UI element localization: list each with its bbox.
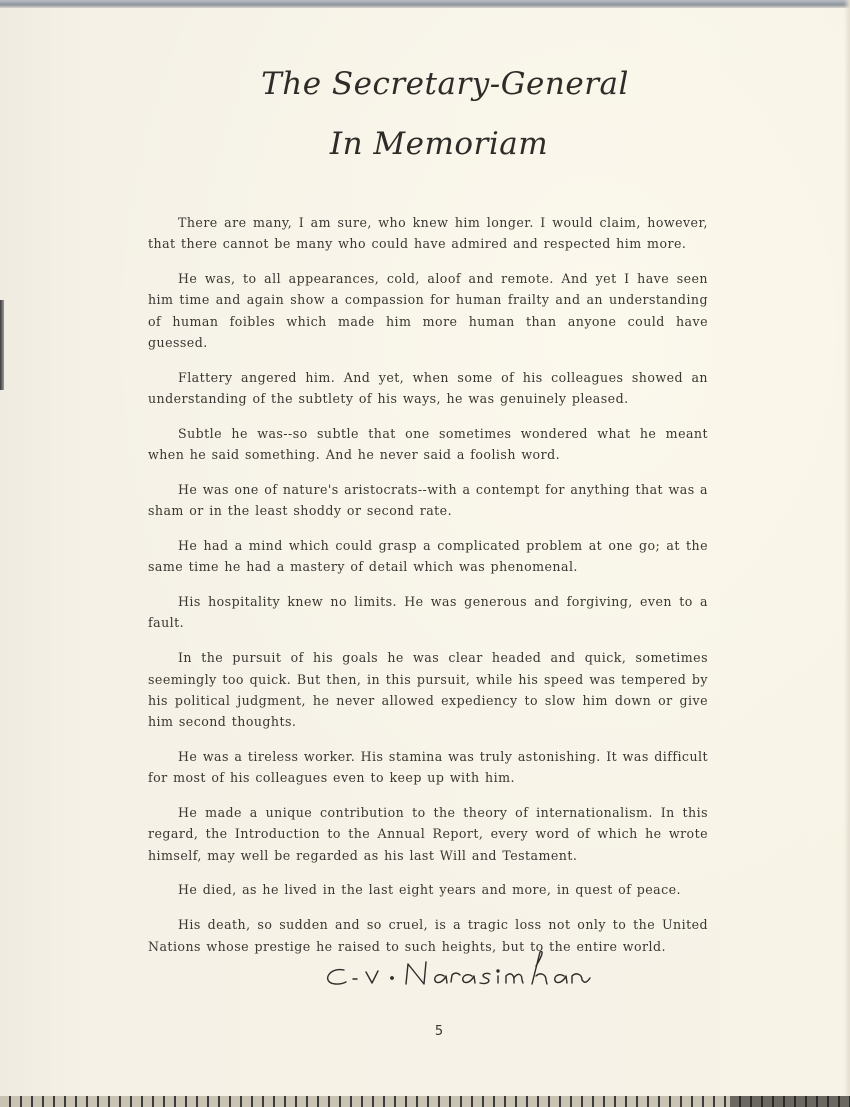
paragraph: He was one of nature's aristocrats--with… xyxy=(148,479,708,522)
page-top-edge xyxy=(0,0,850,8)
page-title: The Secretary-General xyxy=(0,66,850,102)
paragraph: He made a unique contribution to the the… xyxy=(148,802,708,866)
next-page-edge xyxy=(0,1096,850,1107)
paragraph: His hospitality knew no limits. He was g… xyxy=(148,591,708,634)
page-number: 5 xyxy=(0,1024,850,1039)
page-right-shadow xyxy=(844,0,850,1096)
document-page: The Secretary-General In Memoriam There … xyxy=(0,0,850,1107)
signature-icon xyxy=(320,948,720,998)
paragraph: There are many, I am sure, who knew him … xyxy=(148,212,708,255)
paragraph: He was a tireless worker. His stamina wa… xyxy=(148,746,708,789)
binding-staple-mark xyxy=(0,300,4,390)
paragraph: He had a mind which could grasp a compli… xyxy=(148,535,708,578)
paragraph: He died, as he lived in the last eight y… xyxy=(148,879,708,900)
paragraph: He was, to all appearances, cold, aloof … xyxy=(148,268,708,353)
handwritten-signature: C.V. Narasimhan xyxy=(320,948,720,998)
memorial-text: There are many, I am sure, who knew him … xyxy=(148,212,708,970)
paragraph: Subtle he was--so subtle that one someti… xyxy=(148,423,708,466)
paragraph: Flattery angered him. And yet, when some… xyxy=(148,367,708,410)
page-subtitle: In Memoriam xyxy=(0,126,850,162)
paragraph: In the pursuit of his goals he was clear… xyxy=(148,647,708,732)
